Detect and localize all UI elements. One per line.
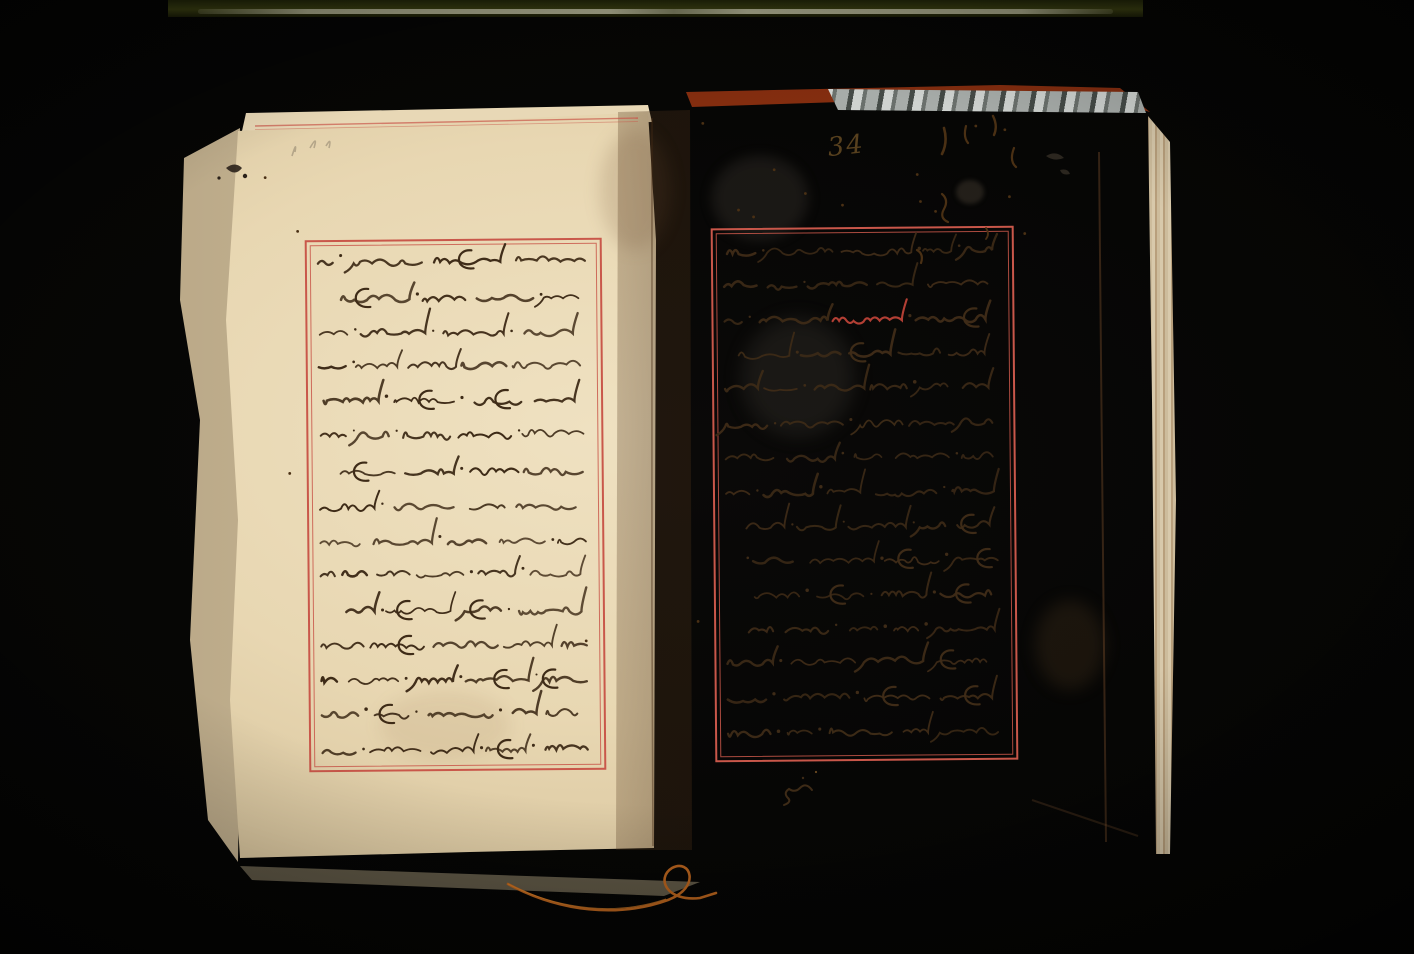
pencil-marks	[292, 141, 330, 156]
ink-smudge	[1046, 153, 1070, 174]
ink-speck	[217, 176, 220, 179]
ink-blot	[226, 165, 242, 173]
page-crease-line	[1099, 152, 1106, 842]
manuscript-photograph: 34	[0, 0, 1414, 954]
decorations-svg	[0, 0, 1414, 954]
pen-trial-marks	[917, 116, 1016, 263]
binding-thread	[508, 866, 716, 910]
catchword-mark	[784, 771, 817, 805]
corner-fold-crease	[1032, 800, 1138, 836]
gutter-crease-line	[651, 118, 653, 846]
ink-speck	[243, 174, 247, 178]
underleaf-red-rule	[255, 118, 638, 126]
